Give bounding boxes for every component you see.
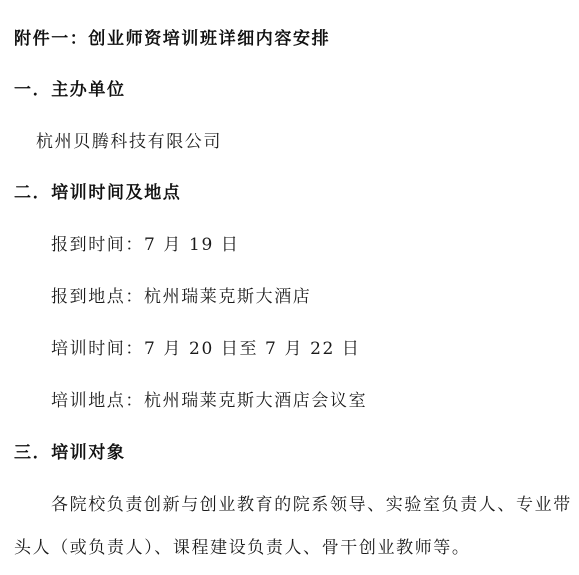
section-heading-audience: 三．培训对象: [14, 443, 126, 463]
training-time: 培训时间：7 月 20 日至 7 月 22 日: [51, 339, 361, 359]
section-heading-organizer: 一．主办单位: [14, 80, 126, 100]
registration-place: 报到地点：杭州瑞莱克斯大酒店: [51, 287, 311, 307]
audience-paragraph-line-1: 各院校负责创新与创业教育的院系领导、实验室负责人、专业带: [51, 495, 572, 515]
document-title: 附件一：创业师资培训班详细内容安排: [14, 29, 330, 49]
audience-paragraph-line-2: 头人（或负责人）、课程建设负责人、骨干创业教师等。: [14, 538, 471, 558]
organizer-name: 杭州贝腾科技有限公司: [36, 132, 222, 152]
registration-time: 报到时间：7 月 19 日: [51, 235, 239, 255]
training-place: 培训地点：杭州瑞莱克斯大酒店会议室: [51, 391, 367, 411]
section-heading-time-place: 二．培训时间及地点: [14, 183, 181, 203]
